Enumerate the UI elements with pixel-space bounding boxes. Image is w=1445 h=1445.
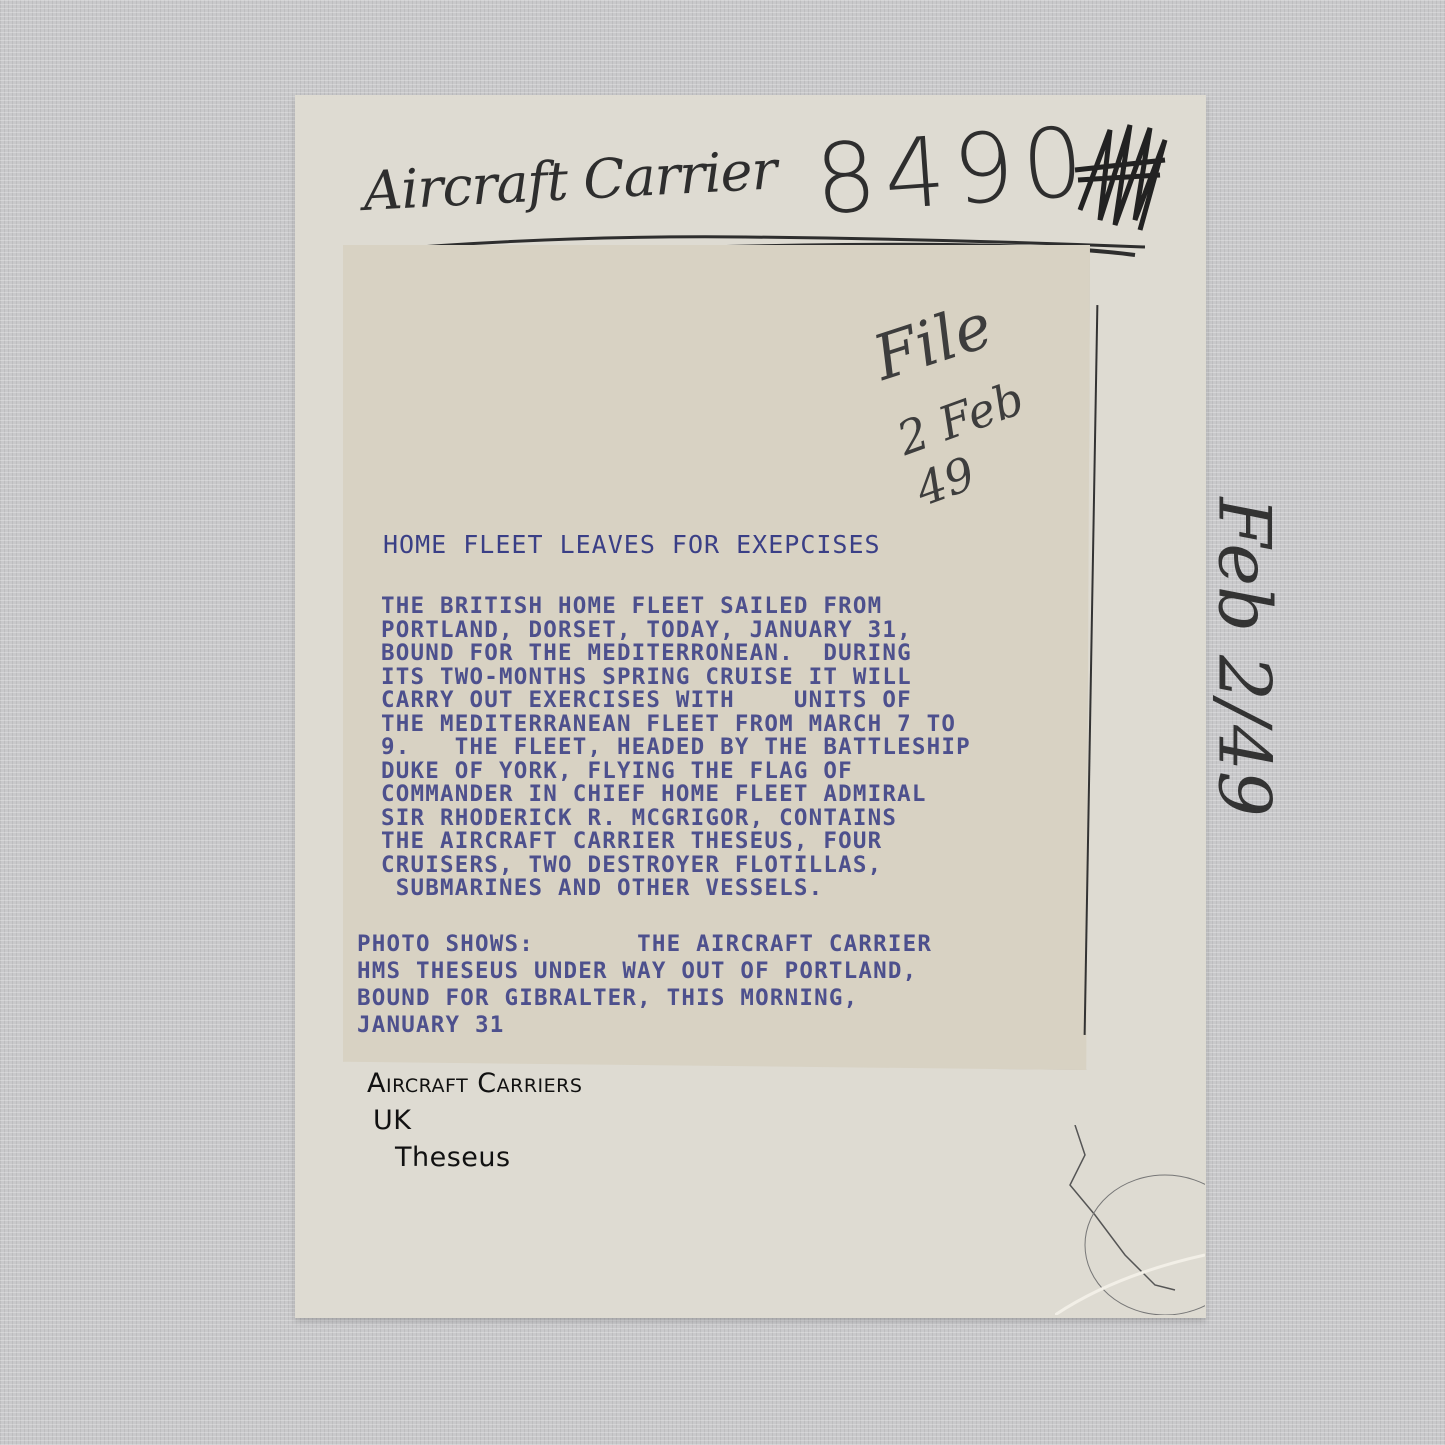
clipping-caption: PHOTO SHOWS: THE AIRCRAFT CARRIER HMS TH… — [357, 931, 932, 1039]
scribble-icon — [1070, 120, 1170, 235]
marker-note-ship: Theseus — [395, 1139, 511, 1176]
side-date-rotated: Feb 2/49 — [1203, 497, 1287, 816]
paper-crease — [1055, 1125, 1205, 1315]
marker-note-country: UK — [373, 1102, 411, 1139]
photo-card-back: Aircraft Carrier 8490 File 2 Feb 49 HOME… — [295, 95, 1206, 1318]
file-note: File — [865, 288, 1001, 394]
reference-number: 8490 — [811, 105, 1094, 236]
news-clipping: File 2 Feb 49 HOME FLEET LEAVES FOR EXEP… — [343, 245, 1090, 1070]
marker-note-category: Aircraft Carriers — [367, 1065, 582, 1102]
clipping-headline: HOME FLEET LEAVES FOR EXEPCISES — [383, 530, 881, 559]
header-title-handwritten: Aircraft Carrier — [362, 138, 778, 223]
clipping-body: THE BRITISH HOME FLEET SAILED FROM PORTL… — [381, 595, 971, 901]
